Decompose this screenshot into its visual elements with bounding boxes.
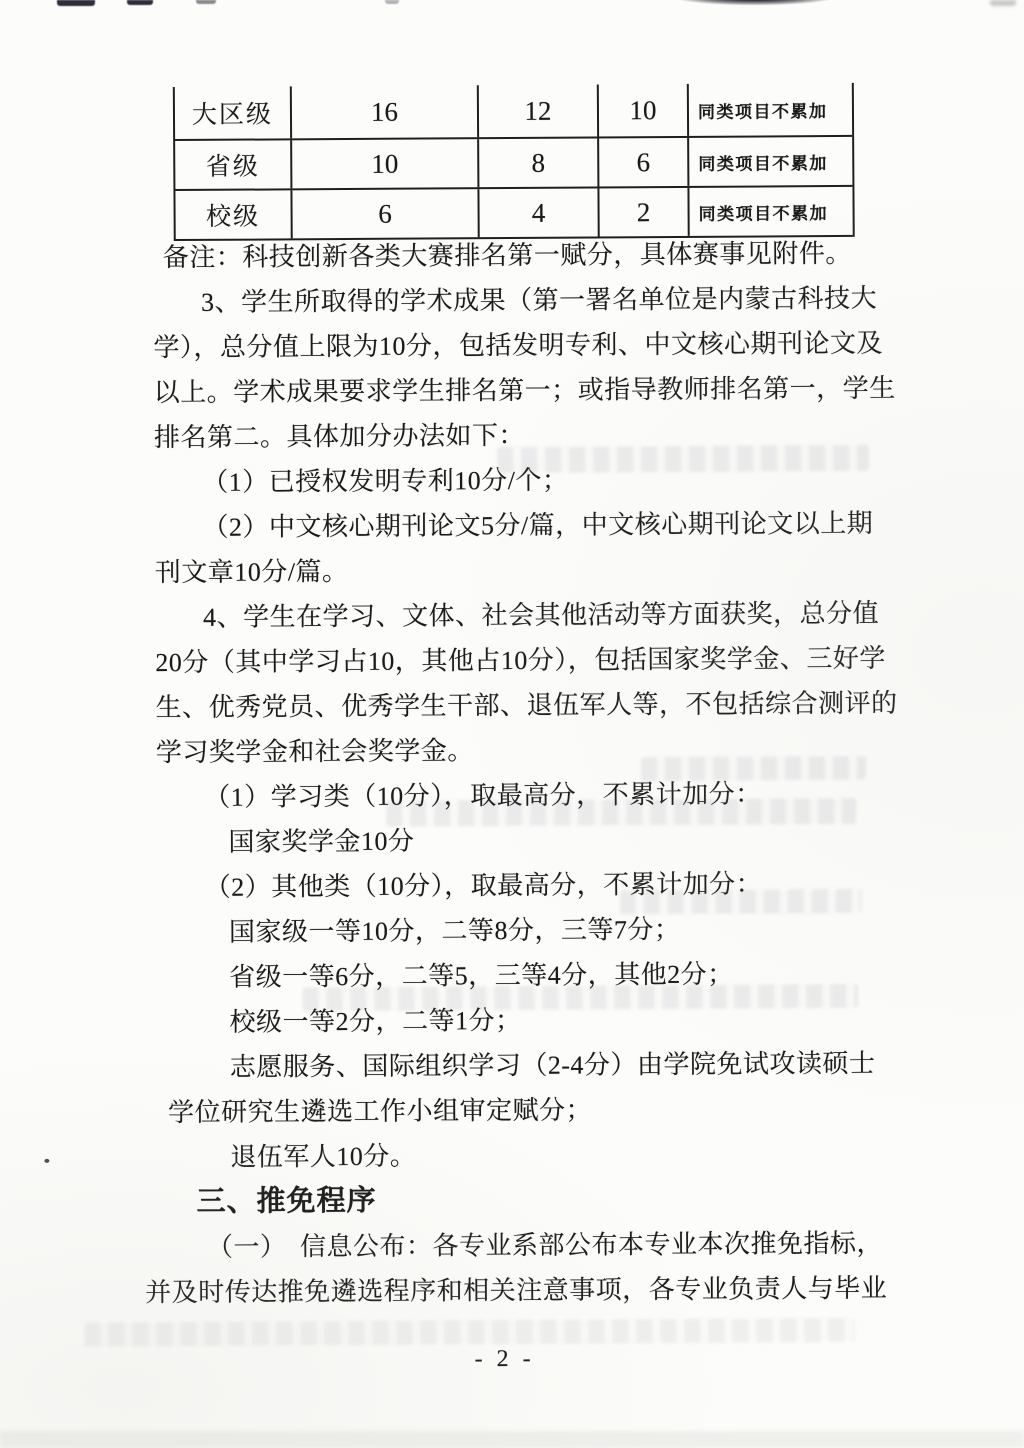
text-line: 排名第二。具体加分办法如下： [154, 411, 869, 460]
section-heading: 三、推免程序 [196, 1176, 873, 1225]
text-line: 国家奖学金10分 [228, 816, 871, 865]
table-cell-score: 12 [477, 84, 597, 137]
ink-dot-artifact [44, 1159, 49, 1163]
text-line: 学位研究生遴选工作小组审定赋分； [168, 1086, 873, 1135]
text-line: 刊文章10分/篇。 [155, 546, 870, 595]
table-cell-score: 6 [597, 138, 687, 187]
table-cell-score: 8 [477, 138, 597, 187]
table-cell-score: 10 [597, 84, 687, 137]
scanned-document-page: 大区级 16 12 10 同类项目不累加 省级 10 8 6 同类项目不累加 校… [0, 0, 1024, 1448]
table-row: 大区级 16 12 10 同类项目不累加 [173, 83, 852, 141]
score-table: 大区级 16 12 10 同类项目不累加 省级 10 8 6 同类项目不累加 校… [173, 83, 855, 241]
text-line: （2）其他类（10分），取最高分，不累计加分： [205, 861, 872, 910]
table-cell-score: 4 [477, 188, 597, 237]
text-line: （2）中文核心期刊论文5分/篇，中文核心期刊论文以上期 [202, 501, 869, 550]
scan-edge-fragment [57, 0, 95, 6]
text-line: 20分（其中学习占10，其他占10分），包括国家奖学金、三好学 [155, 636, 870, 685]
table-cell-note: 同类项目不累加 [687, 83, 854, 136]
text-line: （1）已授权发明专利10分/个； [202, 456, 869, 505]
text-line: （一） 信息公布：各专业系部公布本专业本次推免指标， [207, 1221, 874, 1270]
table-cell-score: 6 [290, 189, 477, 238]
body-text: 备注：科技创新各类大赛排名第一赋分，具体赛事见附件。 3、学生所取得的学术成果（… [153, 231, 875, 1315]
text-line: 并及时传达推免遴选程序和相关注意事项，各专业负责人与毕业 [145, 1266, 874, 1315]
text-line: 退伍军人10分。 [230, 1131, 873, 1180]
text-line: 省级一等6分，二等5，三等4分，其他2分； [229, 951, 872, 1000]
page-number: - 2 - [435, 1346, 575, 1374]
text-line: 校级一等2分，二等1分； [229, 996, 872, 1045]
text-line: 以上。学术成果要求学生排名第一；或指导教师排名第一，学生 [154, 366, 869, 415]
text-line: 3、学生所取得的学术成果（第一署名单位是内蒙古科技大 [201, 276, 868, 325]
bleed-through-smudge [84, 1318, 854, 1347]
note-line: 备注：科技创新各类大赛排名第一赋分，具体赛事见附件。 [163, 231, 868, 280]
text-line: 学习奖学金和社会奖学金。 [156, 726, 871, 775]
scan-edge-fragment [196, 0, 216, 4]
table-cell-note: 同类项目不累加 [687, 137, 854, 186]
table-cell-score: 16 [290, 85, 477, 138]
table-row: 省级 10 8 6 同类项目不累加 [173, 137, 852, 191]
scan-bottom-shading [0, 1431, 1024, 1448]
scan-edge-fragment [385, 0, 399, 4]
text-line: 志愿服务、国际组织学习（2-4分）由学院免试攻读硕士 [230, 1041, 873, 1090]
table-cell-score: 2 [597, 188, 687, 237]
document-content: 大区级 16 12 10 同类项目不累加 省级 10 8 6 同类项目不累加 校… [0, 0, 1024, 1448]
text-line: 4、学生在学习、文体、社会其他活动等方面获奖，总分值 [203, 591, 870, 640]
text-line: 学），总分值上限为10分，包括发明专利、中文核心期刊论文及 [153, 321, 868, 370]
table-cell-note: 同类项目不累加 [687, 187, 854, 236]
scan-edge-fragment [127, 0, 153, 5]
table-cell-level: 校级 [173, 190, 290, 239]
scan-edge-fragment [990, 0, 1016, 6]
text-line: 国家级一等10分，二等8分，三等7分； [229, 906, 872, 955]
table-cell-level: 大区级 [173, 86, 290, 139]
table-cell-score: 10 [290, 139, 477, 188]
text-line: 生、优秀党员、优秀学生干部、退伍军人等，不包括综合测评的 [155, 681, 870, 730]
text-line: （1）学习类（10分），取最高分，不累计加分： [204, 771, 871, 820]
table-cell-level: 省级 [173, 140, 290, 189]
